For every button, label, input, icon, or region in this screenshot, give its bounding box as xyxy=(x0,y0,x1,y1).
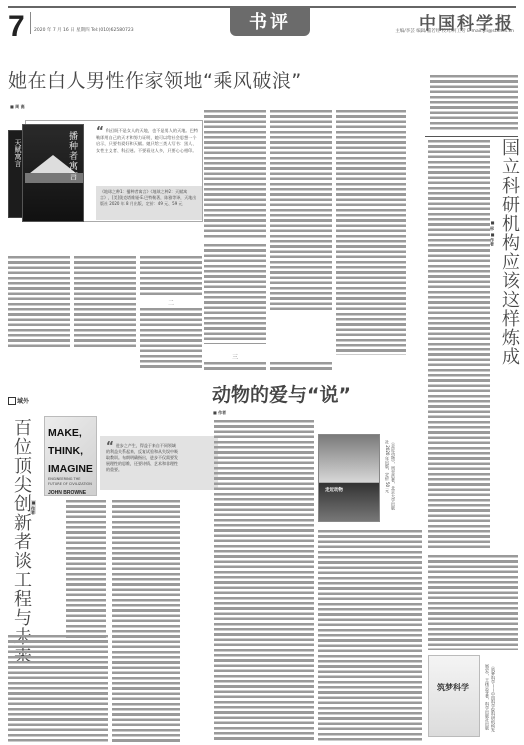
book-caption: 《走近动物》，周至浩著，北京大学出版社 2020 年出版，定价 50 元 xyxy=(384,440,396,510)
article-body-column xyxy=(204,244,266,344)
book-front-title: 播种者寓言 xyxy=(66,131,79,181)
book-cover-image: 天赋寓言 播种者寓言 xyxy=(8,124,88,224)
article-body-column xyxy=(140,308,202,368)
book-cover-front: 播种者寓言 xyxy=(22,124,84,222)
pull-quote: “科幻既不是女人的天地，也不是男人的天地。巴特勒即用自己的天才和努力证明，她可以… xyxy=(96,128,200,154)
section-label: 域外 xyxy=(8,396,29,405)
article-body-column xyxy=(8,635,108,743)
article-body-column xyxy=(204,110,266,238)
article-body-column xyxy=(214,420,314,742)
book-title-line: THINK, xyxy=(48,446,93,456)
article-body-column xyxy=(66,500,106,640)
pull-quote-text: 进步之产生，得益于来自不同领域的利益关系起来，反复试验和从失误中吸取教训。布朗明… xyxy=(106,443,178,472)
article-body-column xyxy=(428,140,490,550)
pull-quote-text: 科幻既不是女人的天地，也不是男人的天地。巴特勒即用自己的天才和努力证明，她可以给… xyxy=(96,128,198,153)
book-info-box: 《地球之种1：播种者寓言》《地球之种2：天赋寓言》，[美]奥克塔维娅·E.巴特勒… xyxy=(96,186,202,220)
article-byline: ■ 作者 xyxy=(213,410,226,416)
article-body-column xyxy=(204,362,266,372)
book-title-line: MAKE, xyxy=(48,428,93,438)
article-body-column xyxy=(140,256,202,296)
article-body-column xyxy=(112,500,180,742)
section-tab: 书评 xyxy=(230,6,310,36)
article-byline: ■ 邢 ■ 作者 xyxy=(489,220,495,246)
section-marker: 二 xyxy=(140,298,202,307)
page-number-divider xyxy=(30,12,31,34)
editor-credits: 主编/李芸 编辑/董若红 校对/何工劳 E-mail:yli@stimes.cn xyxy=(395,28,514,34)
article-body-column xyxy=(428,555,518,650)
book-subtitle: ENGINEERING THE FUTURE OF CIVILIZATION xyxy=(48,477,93,486)
page-number: 7 xyxy=(8,12,25,42)
editor-note xyxy=(430,75,518,131)
divider-rule xyxy=(425,136,518,137)
book-title: 走近动物 xyxy=(325,487,343,493)
article-body-column xyxy=(74,256,136,348)
vertical-article-title: 百位顶尖创新者谈工程与未来 xyxy=(8,418,34,665)
book-caption: 《筑梦科学——中国科学院科研机构发展史》，王扬宗等著，科学出版社出版 xyxy=(484,664,496,734)
article-title: 她在白人男性作家领地“乘风破浪” xyxy=(8,66,302,93)
section-label-text: 域外 xyxy=(17,396,29,405)
book-cover-image: 走近动物 xyxy=(318,434,380,522)
pull-quote: “进步之产生，得益于来自不同领域的利益关系起来，反复试验和从失误中吸取教训。布朗… xyxy=(106,443,178,473)
book-title-line: IMAGINE xyxy=(48,464,93,474)
article-body-column xyxy=(270,110,332,310)
date-line: 2020 年 7 月 16 日 星期四 Tel:(010)62580723 xyxy=(34,27,134,33)
article-title: 动物的爱与“说” xyxy=(212,380,351,407)
article-body-column xyxy=(8,256,70,348)
article-byline: ■ 作者 xyxy=(30,500,36,514)
book-cover-image: 筑梦科学 xyxy=(428,655,480,737)
section-box-icon xyxy=(8,397,16,405)
article-body-column xyxy=(336,110,406,355)
section-marker: 三 xyxy=(204,352,266,361)
book-cover-image: MAKE, THINK, IMAGINE ENGINEERING THE FUT… xyxy=(44,416,97,496)
vertical-article-title: 国立科研机构应该这样炼成 xyxy=(496,138,522,366)
book-author: JOHN BROWNE xyxy=(48,490,93,496)
article-body-column xyxy=(318,530,422,742)
article-byline: ■ 周 高 xyxy=(10,104,25,110)
book-title: 筑梦科学 xyxy=(437,682,469,693)
article-body-column xyxy=(270,362,332,372)
